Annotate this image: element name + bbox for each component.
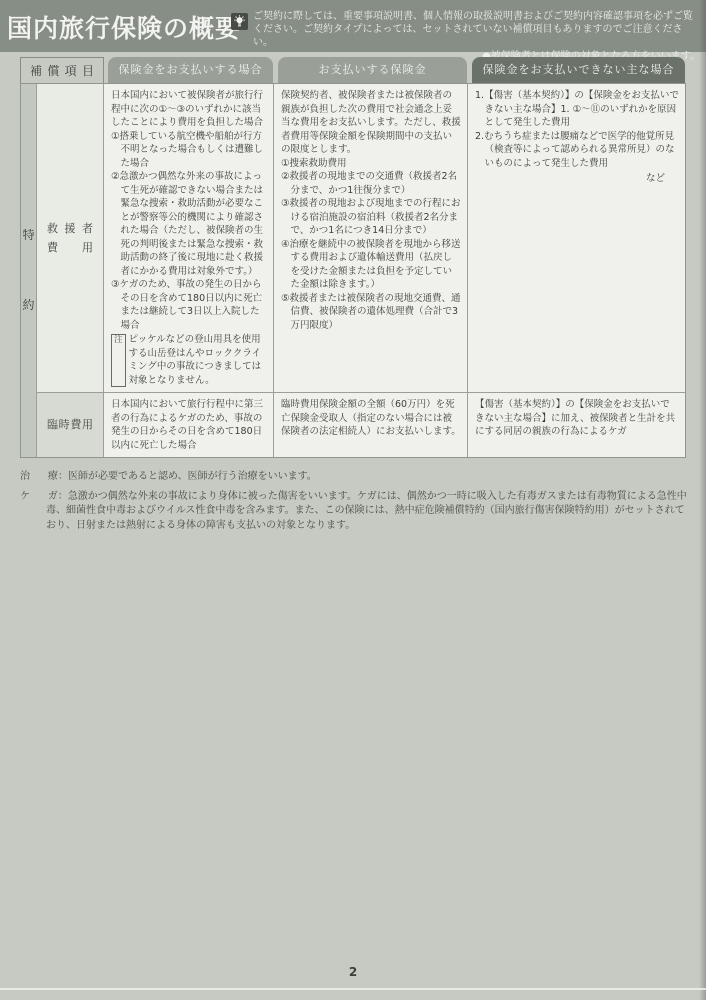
cell-benefit-rescuer: 保険契約者、被保険者または被保険者の親族が負担した次の費用で社会通念上妥当な費用…: [274, 84, 468, 392]
note-marker: 注: [111, 334, 126, 387]
cell-no-pay-rescuer: 1.【傷害（基本契約）】の【保険金をお支払いできない主な場合】1. ①～⑪のいず…: [468, 84, 685, 392]
cell-paragraph: ④治療を継続中の被保険者を現地から移送する費用および遺体輸送費用（払戻しを受けた…: [281, 238, 461, 292]
cell-paragraph: 【傷害（基本契約）】の【保険金をお支払いできない主な場合】に加え、被保険者と生計…: [475, 398, 679, 439]
label-char: 特: [22, 229, 34, 243]
cell-paragraph: 1.【傷害（基本契約）】の【保険金をお支払いできない主な場合】1. ①～⑪のいず…: [475, 89, 679, 130]
label-char: 償: [47, 62, 59, 79]
label-char: 目: [82, 62, 94, 79]
cell-paragraph: など: [475, 172, 679, 186]
footnote-colon: ：: [58, 491, 68, 502]
column-header-coverage-item: 補償項目: [20, 57, 104, 83]
cell-no-pay-temporary: 【傷害（基本契約）】の【保険金をお支払いできない主な場合】に加え、被保険者と生計…: [468, 392, 685, 457]
coverage-item-label: 補償項目: [21, 62, 103, 79]
table-header-row: 補償項目 保険金をお支払いする場合 お支払いする保険金 保険金をお支払いできない…: [20, 57, 686, 83]
footnote-text: 医師が必要であると認め、医師が行う治療をいいます。: [68, 471, 317, 482]
page-content: 補償項目 保険金をお支払いする場合 お支払いする保険金 保険金をお支払いできない…: [20, 57, 686, 538]
cell-paragraph: ②救援者の現地までの交通費（救援者2名分まで、かつ1往復分まで）: [281, 170, 461, 197]
row-label-line: 費用: [47, 241, 93, 255]
row-label-line: 臨時費用: [47, 418, 93, 432]
lightbulb-icon: [231, 13, 248, 30]
row-label-line: 救援者: [47, 222, 93, 236]
cell-paragraph: ⑤救援者または被保険者の現地交通費、通信費、被保険者の遺体処理費（合計で3万円限…: [281, 292, 461, 333]
column-header-no-pay: 保険金をお支払いできない主な場合: [472, 57, 685, 83]
label-char: 約: [22, 299, 34, 313]
label-char: 補: [30, 62, 42, 79]
insurance-table-body: 特約 救援者費用 日本国内において被保険者が旅行行程中に次の①～③のいずれかに該…: [20, 83, 686, 458]
scan-bottom-edge: [0, 988, 706, 990]
note-text: ピッケルなどの登山用具を使用する山岳登はんやロッククライミング中の事故につきまし…: [129, 333, 267, 387]
scan-right-edge: [699, 0, 706, 1000]
footnote-text: 急激かつ偶然な外来の事故により身体に被った傷害をいいます。ケガには、偶然かつ一時…: [46, 491, 687, 531]
cell-paragraph: ②急激かつ偶然な外来の事故によって生死が確認できない場合または緊急な捜索・救助活…: [111, 170, 267, 278]
footnote-treatment: 治療：医師が必要であると認め、医師が行う治療をいいます。: [20, 470, 690, 485]
column-header-pay-cases: 保険金をお支払いする場合: [108, 57, 273, 83]
document-page: 国内旅行保険の概要 ご契約に際しては、重要事項説明書、個人情報の取扱説明書および…: [0, 0, 706, 1000]
footnote-injury: ケガ：急激かつ偶然な外来の事故により身体に被った傷害をいいます。ケガには、偶然か…: [20, 490, 690, 534]
row-label-rescuer-expenses: 救援者費用: [37, 84, 104, 392]
label-char: 項: [65, 62, 77, 79]
footnote-colon: ：: [58, 471, 68, 482]
cell-paragraph: 注ピッケルなどの登山用具を使用する山岳登はんやロッククライミング中の事故につきま…: [111, 333, 267, 387]
page-title: 国内旅行保険の概要: [7, 9, 241, 45]
cell-paragraph: 臨時費用保険金額の全額（60万円）を死亡保険金受取人（指定のない場合には被保険者…: [281, 398, 461, 439]
footnotes: 治療：医師が必要であると認め、医師が行う治療をいいます。 ケガ：急激かつ偶然な外…: [20, 470, 690, 533]
page-number: 2: [0, 965, 706, 979]
header-notes: ご契約に際しては、重要事項説明書、個人情報の取扱説明書およびご契約内容確認事項を…: [253, 10, 700, 63]
cell-paragraph: ③救援者の現地および現地までの行程における宿泊施設の宿泊料（救援者2名分まで、か…: [281, 197, 461, 238]
cell-paragraph: 2.むちうち症または腰痛などで医学的他覚所見（検査等によって認められる異常所見）…: [475, 130, 679, 171]
cell-paragraph: 日本国内において被保険者が旅行行程中に次の①～③のいずれかに該当したことにより費…: [111, 89, 267, 130]
row-label-temporary-expenses: 臨時費用: [37, 392, 104, 457]
cell-benefit-temporary: 臨時費用保険金額の全額（60万円）を死亡保険金受取人（指定のない場合には被保険者…: [274, 392, 468, 457]
cell-pay-cases-rescuer: 日本国内において被保険者が旅行行程中に次の①～③のいずれかに該当したことにより費…: [104, 84, 274, 392]
cell-pay-cases-temporary: 日本国内において旅行行程中に第三者の行為によるケガのため、事故の発生の日からその…: [104, 392, 274, 457]
cell-paragraph: 日本国内において旅行行程中に第三者の行為によるケガのため、事故の発生の日からその…: [111, 398, 267, 452]
cell-paragraph: ①捜索救助費用: [281, 157, 461, 171]
column-header-benefit: お支払いする保険金: [278, 57, 467, 83]
cell-paragraph: ③ケガのため、事故の発生の日からその日を含めて180日以内に死亡または継続して3…: [111, 278, 267, 332]
cell-paragraph: 保険契約者、被保険者または被保険者の親族が負担した次の費用で社会通念上妥当な費用…: [281, 89, 461, 157]
page-header: 国内旅行保険の概要 ご契約に際しては、重要事項説明書、個人情報の取扱説明書および…: [0, 0, 706, 52]
cell-paragraph: ①搭乗している航空機や船舶が行方不明となった場合もしくは遭難した場合: [111, 130, 267, 171]
header-note-text: ご契約に際しては、重要事項説明書、個人情報の取扱説明書およびご契約内容確認事項を…: [253, 10, 700, 49]
group-label-tokuyaku: 特約: [21, 84, 37, 457]
